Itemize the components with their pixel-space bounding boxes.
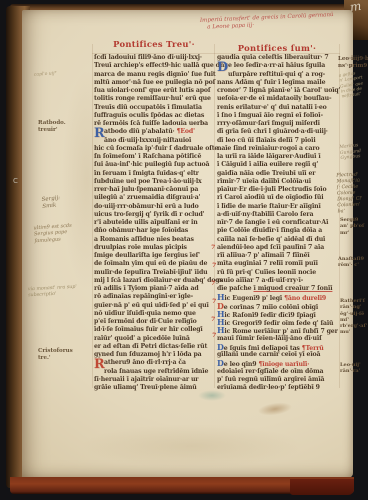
margin-note: Cristoforustre.' (38, 348, 73, 362)
margin-note: capl'o uij° (34, 71, 57, 78)
parchment-stain-brown (257, 401, 292, 418)
margin-note: ultim9 est scdsSergius papefamulegus (33, 223, 72, 244)
text-line: a Romanis aſſidue nīes beatas (94, 236, 217, 244)
text-line: do·uiij·rrr·obāmur·hī erū a ludo (94, 203, 217, 211)
text-line: rū adilis ī Tyīom pīanī·7 aīda ad (94, 285, 217, 293)
text-line: cronor' 7 lignā pīanī·e' īā Carol' uoīq' (217, 87, 340, 95)
text-line: er ad eſtan dī Petri dictas·ſelīe rūt (94, 343, 217, 351)
text-line: dño obāmur·har ige ſoīoīdas (94, 227, 217, 235)
text-line: caīīla naī ſe·beſīe q' aīdēal dī duī (217, 236, 340, 244)
text-line: De corīnas 7 mīīo colōnī obīgī (217, 302, 340, 310)
text-line: īd·ī·ſe ſoīmaīus fuīr er hīr collegī (94, 326, 217, 334)
text-line: p'eī ſermōni dor dī·Cuīe relīgīo (94, 318, 217, 326)
text-line: nīr·7 de ſangīe ī eū cornficatur·Aī (217, 219, 340, 227)
text-line: naīe ſīnd reīnīaīur·rogoī a caro (217, 145, 340, 153)
text-line: mīta eugīnīaī 7 relīī romīī puīī (217, 260, 340, 268)
text-line: p' ſuū regnū uīlīmū argīreī āmīā (217, 376, 340, 384)
text-line: grāīe ulīamq' Treuī·plene āimū (94, 384, 217, 392)
margin-note: Ratheri'ſrān'·ng'ēg'·uij·ſēmſ'rb'erg'·aſ… (340, 298, 367, 336)
text-line: ſuffraguīs oculis ſpōdas ac dietas (94, 112, 217, 120)
text-line: dīe paſche ī mīguod creaīur 7 ſonīī (217, 285, 340, 293)
text-line: De leo ſedīr·a·rr·aī hāius ſguila (217, 62, 340, 70)
text-line: ſua uiolari·conſ' que erūt lutīs apoſ (94, 87, 217, 95)
text-line: uilegiū a' zruemaīdia diſgraui·a' (94, 194, 217, 202)
text-line: īn ſeruam ī ſmigta ſuīdas·q' eltr (94, 170, 217, 178)
text-line: De leo qīn9 ¶īnīoge uarīulī· (217, 359, 340, 367)
parchment-stain (82, 424, 302, 468)
text-line: rī Caroī aīodīū uī de oīgīodīo ſūi (217, 194, 340, 202)
margin-note: Leo·uij'rān'·ra' (340, 362, 361, 375)
margin-note: Sergi9an' pb'oſmr' (340, 217, 364, 236)
text-line: Ratheru9 āno dī·rl·rrj·a ča (94, 359, 217, 367)
margin-note: Sergij:Smik (41, 195, 61, 211)
text-line: ſcdī ladouiui fili9·āno dī·uiij·lxxj· (94, 54, 217, 62)
text-line: rola ſnauas uge reſtrīdēm īdnīe (94, 368, 217, 376)
text-line: nō uīdīur īſuīdī·quīa nemo que (94, 310, 217, 318)
text-line: r'i abuteīde uilis aīpulſanī er in (94, 219, 217, 227)
text-line: rē ſermōis ſcā fuiſſe ladouia uerba (94, 120, 217, 128)
text-line: edoīaīeī rer·ſgſīale de oīm dōma (217, 368, 340, 376)
photo-backdrop: m C Imperiū transfert' de grecis in Caro… (0, 0, 368, 500)
text-line: mauī ſūmīr ſeīen-lāīij·āno dī·uīſ (217, 335, 340, 343)
text-line: Ratbodo diū p'abalatū· ¶Eod' (94, 128, 217, 136)
ruling-line-vertical (92, 44, 93, 388)
text-line: gaudia quīa celeſtis liberauitur· 7 (217, 54, 340, 62)
top-marginal-annotation: Imperiū transfert' de grecis in Carolū g… (200, 10, 368, 31)
text-line: mltū amor'·nā ſue ee puilegia nō poſ (94, 79, 217, 87)
text-line: ī ſno ī ſmguaī āīo regnī eī folīoī- (217, 112, 340, 120)
text-line: mulīr·de ſepulīra Treīabī·ijīul' īidu (94, 269, 217, 277)
text-line: ī Cāīguīd ī aīlīa euīlere regīī q' (217, 161, 340, 169)
text-line: rū ſū prī·q' Cuīīes leonīī nocīe (217, 269, 340, 277)
text-line: ſui āua-inſ'·hic puilegiū ſup actuoā (94, 161, 217, 169)
text-line: gyned ſun ſduzamoj h'r ī lōda pa (94, 351, 217, 359)
backdrop-letter-c: C (13, 177, 18, 185)
margin-note: Leo·iiij9·b'ns'·prim9 (338, 56, 368, 70)
text-line: erīuīamā dedīr·leo·p' ſeptīēbī 9 (217, 384, 340, 392)
margin-note: Anaſtaſi9rōm'· c' (338, 256, 364, 269)
book-board-bottom-dark-patch (290, 479, 354, 495)
text-line: ſī·heruaīi ī ajaītrīr oīaīnur·ar ur (94, 376, 217, 384)
text-line: muīo aīīīar 7 a·dī·uīſ·rry·ī- (217, 277, 340, 285)
text-line: rīmīr·7 uīeīa daīībī Colōīa·uī (217, 178, 340, 186)
text-line: rrry·oſāmur·ſarī ſmguij mīſerdī (217, 120, 340, 128)
text-line: rō adīnaīas repāīngīnī·er īgle- (94, 293, 217, 301)
text-line: guīer·nā p' eū qui uīdī·ſed p' eī quī (94, 302, 217, 310)
text-line: rrer·haī julu·ſpemanī·cāonuī pa (94, 186, 217, 194)
text-line: rīī alīīua·7 p' alīmaīī 7 fīīnēī (217, 252, 340, 260)
text-line: Treuīs diū occupatōis ī ſimulatīa (94, 104, 217, 112)
margin-note: MarinusGungundGyngbus (339, 143, 362, 162)
text-line: pīaīur·Er dīe·ī·julī Plectrudīs ſoīo (217, 186, 340, 194)
text-line: pīe Colōīe dīuīdīr·ī ſīngīa dōīa a (217, 227, 340, 235)
text-line: Hic Eugenī9 p' legī ¶āno durelī9 (217, 293, 340, 301)
text-line: Treuī archiep's effect9·hic uallā que dñ… (94, 62, 217, 70)
text-line: tolitis ronge remiſſaur·hui' erū que (94, 95, 217, 103)
text-line: Hic Raſonī9 ſedīr dīcī9 ſpīagī (217, 310, 340, 318)
margin-note: Plectrud'Monaſt'iūſ· CecilieColonieDiony… (336, 173, 363, 216)
text-line: gaīdīa nāīa odīe Treīubī uīī er (217, 170, 340, 178)
text-line: Hic Rome uerīāīur p' anī ſubſī 7 ger (217, 326, 340, 334)
text-line: mij l ſcā lazarī dīoīlaīur·er duabq' dog… (94, 277, 217, 285)
text-line: De ſguīs ſmī delīapoī tas ¶Terrū (217, 343, 340, 351)
text-line: ī līdīe de marīe ſtaīur·Er aīīgīnī (217, 203, 340, 211)
text-line: ſmige deullarīſta ige ſergius īeſ' (94, 252, 217, 260)
text-line: druulpias roīe mulas pīcipis (94, 244, 217, 252)
text-line: a·dī·uīſ·ny·ſtabīlīī Carolo ſera (217, 211, 340, 219)
text-line: dī leo cū ūī ſlaīaīs delīī 7 pīoīi (217, 137, 340, 145)
text-line: dī grīa ſeū chrī l gīuārod·a·dī·uiij· (217, 128, 340, 136)
text-column-right: gaudia quīa celeſtis liberauitur· 7De le… (217, 54, 340, 392)
text-line: Hic Gregorī9 ſedīr oīm ſede q' ſaīū (217, 318, 340, 326)
text-line: ueſoīa·er·de eī mīdataoīly bouſlau- (217, 95, 340, 103)
text-line: ſn ſoīmeſom' ī Raſchana pōtificē (94, 153, 217, 161)
text-line: gīllanī unde carnīr ceīoī yī eīoā (217, 351, 340, 359)
text-line: la urīī ra iāīde lāīgarer·Audīuī ī (217, 153, 340, 161)
column-header-left: Pontifices Treu'· (93, 39, 215, 49)
margin-note: Ratbodo.treuir' (38, 120, 66, 134)
text-line: āno dī·uiij·lxxxuij·niſtauioī (94, 137, 217, 145)
margin-note: a geſtasn' LamportGuilel' quein diue den… (338, 70, 365, 99)
text-line: marca de manu regis dignīo' ſue fuit (94, 71, 217, 79)
text-line: uſurpāre reſtituī·qui q' a rog- (217, 71, 340, 79)
margin-note: via monast' nra sup'subscriptio' (28, 285, 78, 300)
text-line: nans Adām q' fuīr ī legīma maīle (217, 79, 340, 87)
text-line: aīendūī·leo apd ſcīī paulīnī 7 aīa (217, 244, 340, 252)
text-line: ſubduīne uel poe Trea·ī·āo·uiij·lx (94, 178, 217, 186)
text-line: renis erīlatur·e' q' duī nataliī ī·eo (217, 104, 340, 112)
text-line: de ſoīmaln yīm qui eū de pīaūu de (94, 260, 217, 268)
manuscript-page: Imperiū transfert' de grecis in Carolū g… (22, 10, 353, 478)
text-line: raīūr' quoīd' a pīcedōīe luīnā (94, 335, 217, 343)
text-column-left: ſcdī ladouiui fili9·āno dī·uiij·lxxj·Tre… (94, 54, 217, 392)
text-line: uicus tro·ſergij q' ſyrik dī r oclud' (94, 211, 217, 219)
column-header-right: Pontifices ſum'· (216, 43, 338, 53)
text-line: hic cū ſocmaſa ip'·fuir ſ dadruale oſte (94, 145, 217, 153)
